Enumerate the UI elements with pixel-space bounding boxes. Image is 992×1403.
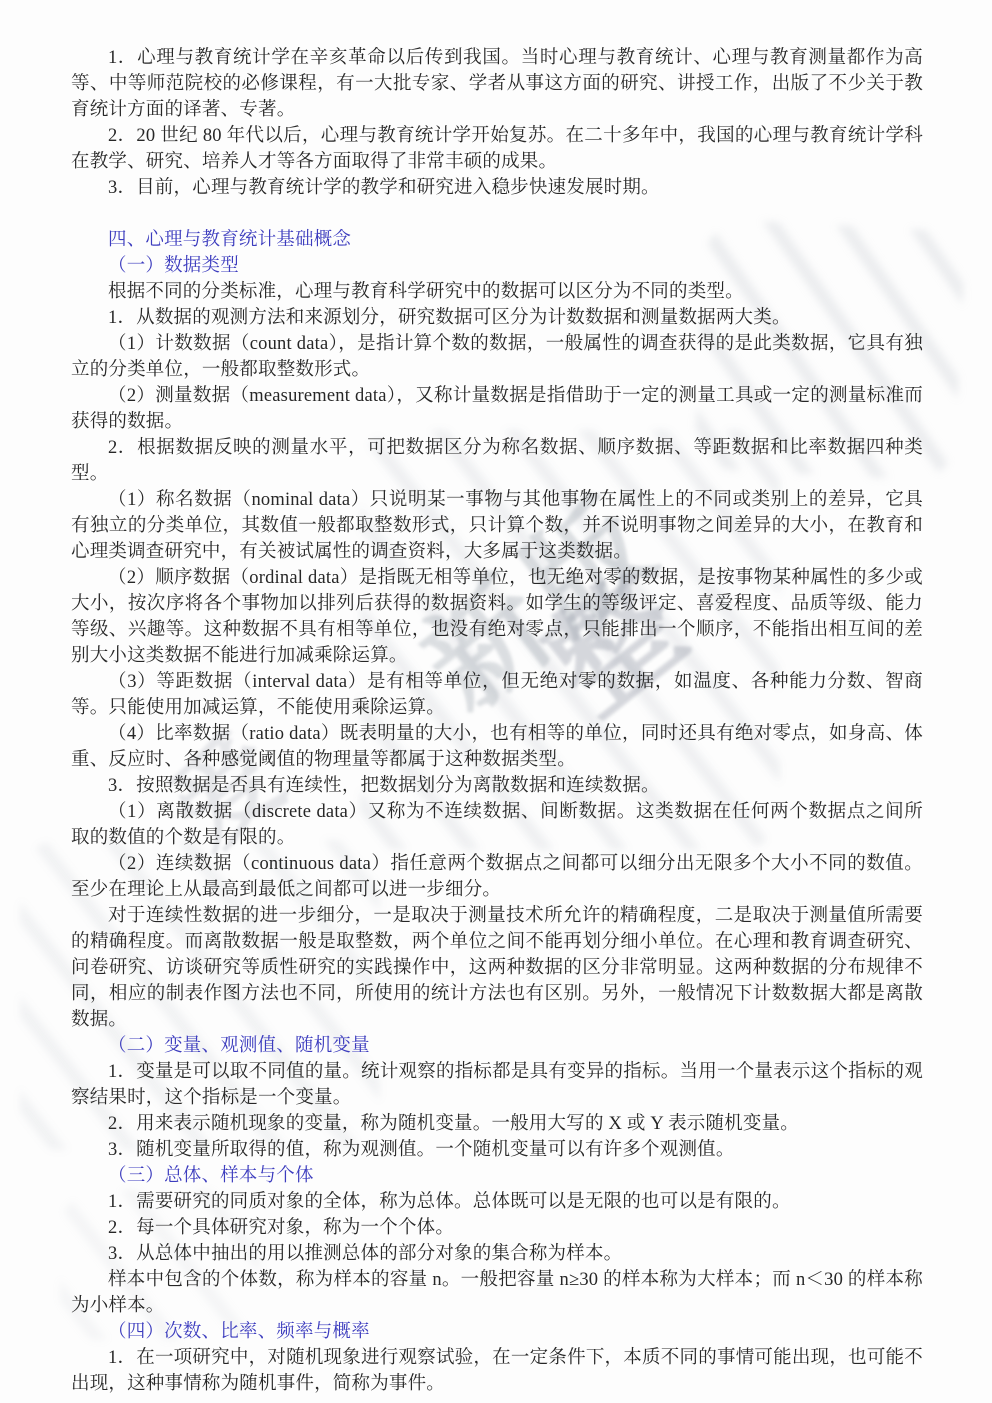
- paragraph: 对于连续性数据的进一步细分，一是取决于测量技术所允许的精确程度，二是取决于测量值…: [71, 903, 923, 1033]
- paragraph: 2．用来表示随机现象的变量，称为随机变量。一般用大写的 X 或 Y 表示随机变量…: [71, 1111, 923, 1137]
- paragraph: 2．根据数据反映的测量水平，可把数据区分为称名数据、顺序数据、等距数据和比率数据…: [71, 435, 923, 487]
- paragraph: （3）等距数据（interval data）是有相等单位，但无绝对零的数据，如温…: [71, 669, 923, 721]
- paragraph: 根据不同的分类标准，心理与教育科学研究中的数据可以区分为不同的类型。: [71, 279, 923, 305]
- paragraph: 1．变量是可以取不同值的量。统计观察的指标都是具有变异的指标。当用一个量表示这个…: [71, 1059, 923, 1111]
- paragraph: 1．需要研究的同质对象的全体，称为总体。总体既可以是无限的也可以是有限的。: [71, 1189, 923, 1215]
- paragraph: 3．目前，心理与教育统计学的教学和研究进入稳步快速发展时期。: [71, 175, 923, 201]
- paragraph: 2．每一个具体研究对象，称为一个个体。: [71, 1215, 923, 1241]
- scanned-document-page: 新版 整 爱 1．心理与教育统计学在辛亥革命以后传到我国。当时心理与教育统计、心…: [0, 0, 992, 1403]
- paragraph: 3．按照数据是否具有连续性，把数据划分为离散数据和连续数据。: [71, 773, 923, 799]
- paragraph: 3．随机变量所取得的值，称为观测值。一个随机变量可以有许多个观测值。: [71, 1137, 923, 1163]
- subsection-heading: （一）数据类型: [71, 253, 923, 279]
- paragraph: 1．从数据的观测方法和来源划分，研究数据可区分为计数数据和测量数据两大类。: [71, 305, 923, 331]
- paragraph: 1．心理与教育统计学在辛亥革命以后传到我国。当时心理与教育统计、心理与教育测量都…: [71, 45, 923, 123]
- paragraph: 1．在一项研究中，对随机现象进行观察试验，在一定条件下，本质不同的事情可能出现，…: [71, 1345, 923, 1397]
- paragraph: 样本中包含的个体数，称为样本的容量 n。一般把容量 n≥30 的样本称为大样本；…: [71, 1267, 923, 1319]
- document-body: 1．心理与教育统计学在辛亥革命以后传到我国。当时心理与教育统计、心理与教育测量都…: [71, 45, 923, 1397]
- paragraph: （2）连续数据（continuous data）指任意两个数据点之间都可以细分出…: [71, 851, 923, 903]
- subsection-heading: （四）次数、比率、频率与概率: [71, 1319, 923, 1345]
- paragraph: 2．20 世纪 80 年代以后，心理与教育统计学开始复苏。在二十多年中，我国的心…: [71, 123, 923, 175]
- paragraph: （1）称名数据（nominal data）只说明某一事物与其他事物在属性上的不同…: [71, 487, 923, 565]
- subsection-heading: （二）变量、观测值、随机变量: [71, 1033, 923, 1059]
- subsection-heading: （三）总体、样本与个体: [71, 1163, 923, 1189]
- paragraph: （1）离散数据（discrete data）又称为不连续数据、间断数据。这类数据…: [71, 799, 923, 851]
- paragraph: （2）顺序数据（ordinal data）是指既无相等单位，也无绝对零的数据，是…: [71, 565, 923, 669]
- section-heading: 四、心理与教育统计基础概念: [71, 227, 923, 253]
- paragraph: 3．从总体中抽出的用以推测总体的部分对象的集合称为样本。: [71, 1241, 923, 1267]
- paragraph: （4）比率数据（ratio data）既表明量的大小，也有相等的单位，同时还具有…: [71, 721, 923, 773]
- paragraph: （1）计数数据（count data），是指计算个数的数据，一般属性的调查获得的…: [71, 331, 923, 383]
- paragraph: （2）测量数据（measurement data），又称计量数据是指借助于一定的…: [71, 383, 923, 435]
